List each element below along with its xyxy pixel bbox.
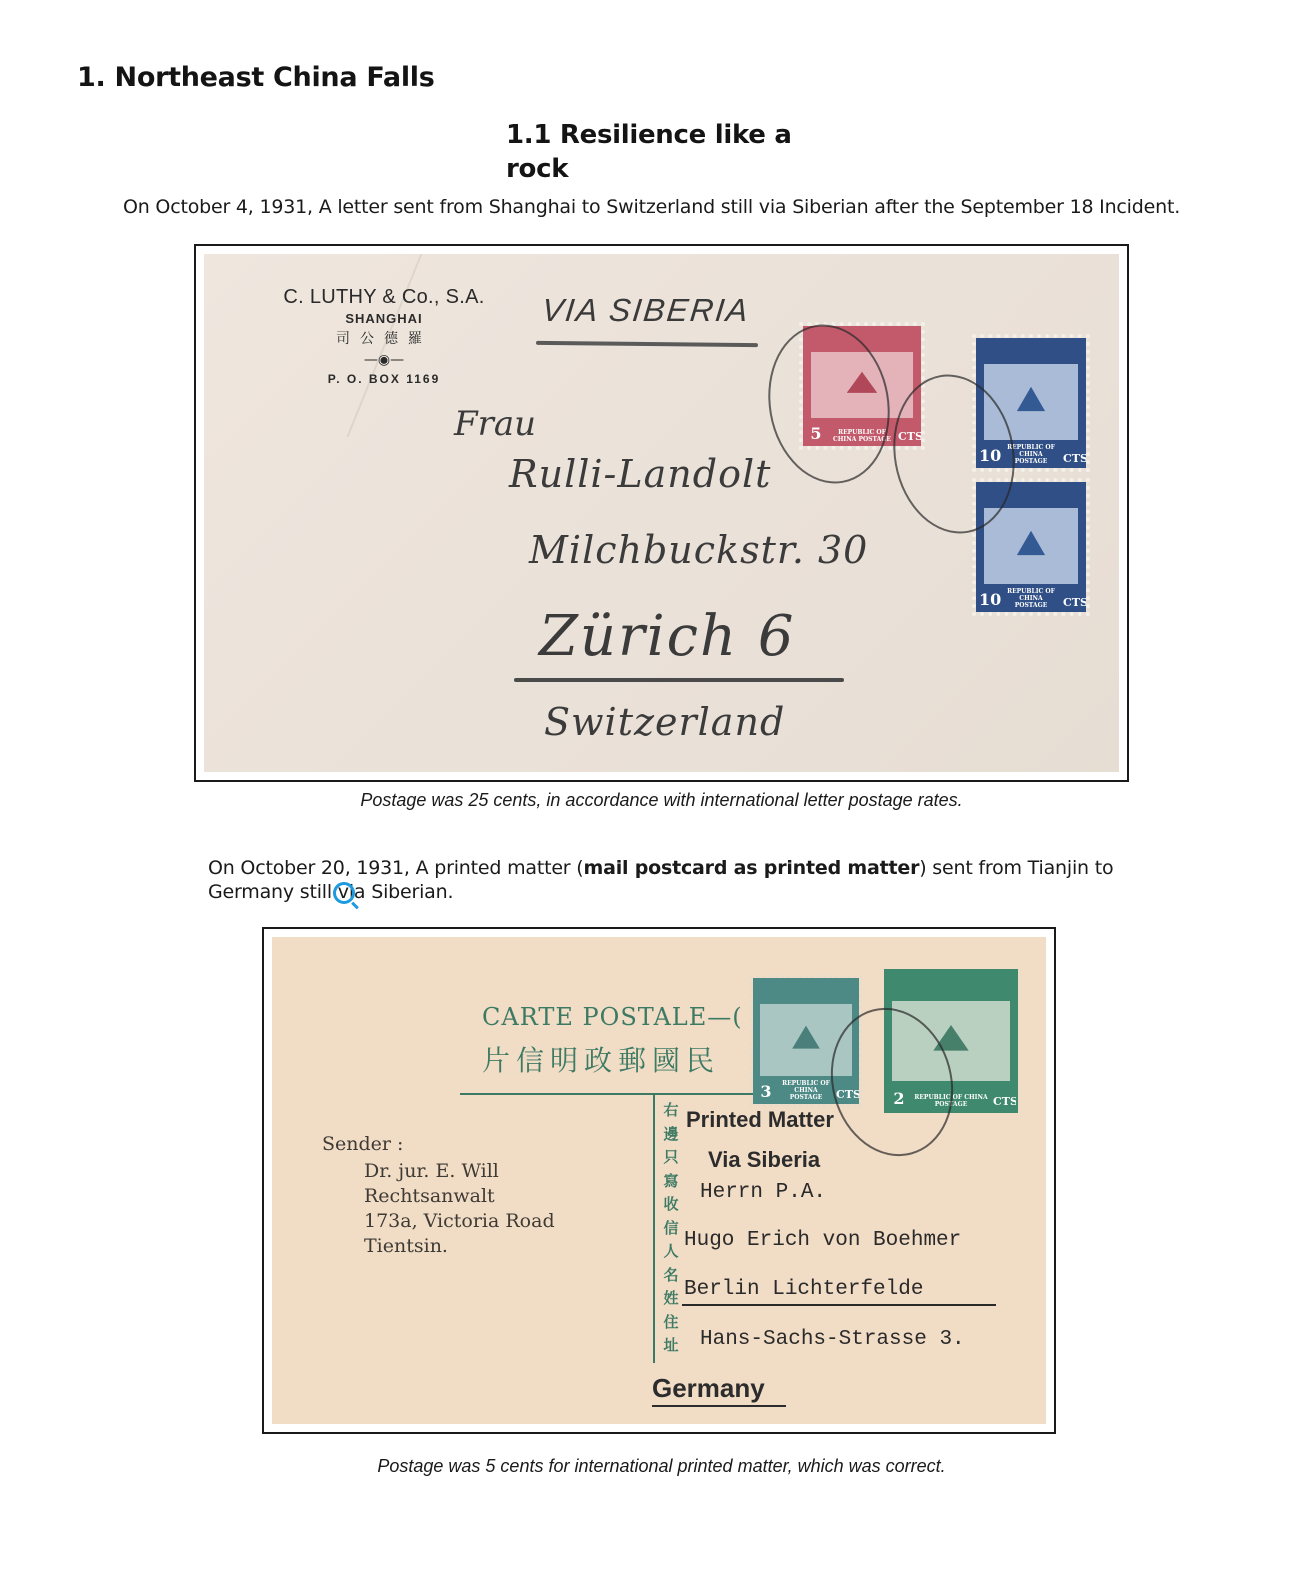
cursor-target: v xyxy=(338,880,349,904)
magnifier-cursor-icon xyxy=(333,882,355,904)
postcard-heading-fr: CARTE POSTALE—( xyxy=(482,1003,743,1031)
item2-caption: Postage was 5 cents for international pr… xyxy=(0,1456,1303,1477)
printed-matter-label: Printed Matter xyxy=(686,1107,834,1133)
stamp-unit: CTS xyxy=(1063,452,1083,465)
route-marking: VIA SIBERIA xyxy=(540,292,751,329)
intro-text: On October 20, 1931, A printed matter ( xyxy=(208,857,583,879)
sender-line: Tientsin. xyxy=(364,1234,555,1259)
city-underline xyxy=(514,678,844,682)
recipient-line: Hans-Sachs-Strasse 3. xyxy=(700,1328,965,1351)
intro-text: ia Siberian. xyxy=(349,881,453,903)
item2-intro: On October 20, 1931, A printed matter (m… xyxy=(208,856,1128,904)
item1-intro: On October 4, 1931, A letter sent from S… xyxy=(123,196,1180,218)
company-logo-icon: —◉— xyxy=(254,352,514,368)
recipient-line: Berlin Lichterfelde xyxy=(684,1278,923,1301)
item1-caption: Postage was 25 cents, in accordance with… xyxy=(0,790,1303,811)
postcard-divider-v xyxy=(653,1093,655,1363)
recipient-underline xyxy=(682,1304,996,1306)
recipient-line: Hugo Erich von Boehmer xyxy=(684,1229,961,1252)
recipient-country: Germany xyxy=(652,1373,765,1404)
company-letterhead: C. LUTHY & Co., S.A. SHANGHAI 司公德羅 —◉— P… xyxy=(254,286,514,386)
junk-ship-icon xyxy=(1017,531,1045,561)
stamp-value: 3 xyxy=(756,1082,776,1101)
address-line: Milchbuckstr. 30 xyxy=(529,528,868,572)
postcard-divider-h xyxy=(460,1093,800,1095)
via-siberia-label: Via Siberia xyxy=(708,1147,820,1173)
sender-line: Dr. jur. E. Will xyxy=(364,1159,555,1184)
envelope-frame: C. LUTHY & Co., S.A. SHANGHAI 司公德羅 —◉— P… xyxy=(194,244,1129,782)
stamp-unit: CTS xyxy=(1063,596,1083,609)
address-line: Switzerland xyxy=(544,700,785,744)
country-underline xyxy=(652,1405,786,1407)
sender-label: Sender : xyxy=(322,1133,403,1155)
sender-line: 173a, Victoria Road xyxy=(364,1209,555,1234)
postcard-heading-cn: 片信明政郵國民 xyxy=(482,1039,720,1079)
stamp-text: REPUBLIC OF CHINA POSTAGE xyxy=(779,1080,833,1101)
stamp-text: REPUBLIC OF CHINA POSTAGE xyxy=(1002,588,1060,609)
intro-bold-text: mail postcard as printed matter xyxy=(583,857,919,879)
subsection-title: 1.1 Resilience like a rock xyxy=(506,118,806,186)
address-line: Zürich 6 xyxy=(539,604,796,669)
postcard-frame: CARTE POSTALE—( 片信明政郵國民 右邊只寫收信人名姓住址 Send… xyxy=(262,927,1056,1434)
address-line: Rulli-Landolt xyxy=(509,452,771,496)
stamp-unit: CTS xyxy=(993,1095,1013,1108)
company-chinese: 司公德羅 xyxy=(254,328,514,348)
po-box: P. O. BOX 1169 xyxy=(254,372,514,386)
company-name: C. LUTHY & Co., S.A. xyxy=(254,286,514,309)
envelope-image: C. LUTHY & Co., S.A. SHANGHAI 司公德羅 —◉— P… xyxy=(204,254,1119,772)
stamp-value: 10 xyxy=(979,590,999,609)
junk-ship-icon xyxy=(1017,387,1045,417)
recipient-line: Herrn P.A. xyxy=(700,1181,826,1204)
junk-ship-icon xyxy=(792,1026,820,1055)
sender-line: Rechtsanwalt xyxy=(364,1184,555,1209)
address-line: Frau xyxy=(454,404,536,444)
route-underline xyxy=(536,341,758,347)
postcard-image: CARTE POSTALE—( 片信明政郵國民 右邊只寫收信人名姓住址 Send… xyxy=(272,937,1046,1424)
sender-address: Dr. jur. E. Will Rechtsanwalt 173a, Vict… xyxy=(364,1159,555,1259)
section-title: 1. Northeast China Falls xyxy=(77,62,435,93)
postcard-vertical-cn: 右邊只寫收信人名姓住址 xyxy=(660,1099,682,1358)
company-city: SHANGHAI xyxy=(254,311,514,326)
